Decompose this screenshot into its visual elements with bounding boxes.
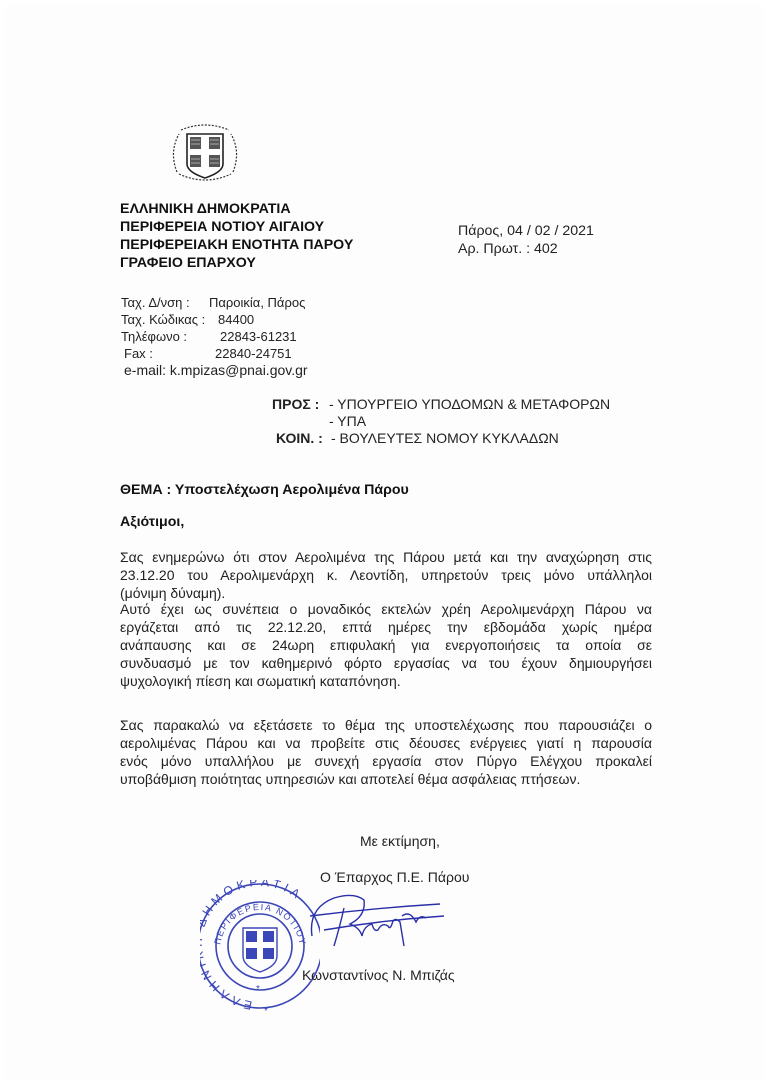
- body-paragraph: Σας ενημερώνω ότι στον Αερολιμένα της Πά…: [120, 548, 652, 602]
- greeting: Αξιότιμοι,: [120, 514, 184, 530]
- document-page: ΕΛΛΗΝΙΚΗ ΔΗΜΟΚΡΑΤΙΑ ΠΕΡΙΦΕΡΕΙΑ ΝΟΤΙΟΥ ΑΙ…: [4, 4, 764, 1080]
- org-line: ΠΕΡΙΦΕΡΕΙΑ ΝΟΤΙΟΥ ΑΙΓΑΙΟΥ: [120, 218, 353, 236]
- svg-text:*: *: [256, 984, 260, 995]
- phone-label: Τηλέφωνο :: [121, 328, 187, 345]
- body-paragraph: Σας παρακαλώ να εξετάσετε το θέμα της υπ…: [120, 716, 652, 788]
- to-label: ΠΡΟΣ :: [272, 396, 319, 413]
- text-line: ανάπαυσης και σε 24ωρη επιφυλακή για ενε…: [120, 636, 652, 654]
- text-line: αερολιμένας Πάρου και να προβείτε στις δ…: [120, 734, 652, 752]
- protocol-number: Αρ. Πρωτ. : 402: [458, 240, 594, 258]
- signer-name: Κωνσταντίνος Ν. Μπιζάς: [302, 967, 455, 983]
- closing-regards: Με εκτίμηση,: [360, 833, 440, 849]
- address-value: Παροικία, Πάρος: [209, 294, 305, 311]
- place-date: Πάρος, 04 / 02 / 2021: [458, 222, 594, 240]
- cc-recipient: - ΒΟΥΛΕΥΤΕΣ ΝΟΜΟΥ ΚΥΚΛΑΔΩΝ: [331, 430, 559, 447]
- official-seal-stamp-icon: * * ΕΛΛΗΝΙΚΗ ΔΗΜΟΚΡΑΤΙΑ ΠΕΡΙΦΕΡΕΙΑ ΝΟΤΙΟ…: [200, 880, 320, 1020]
- text-line: ψυχολογική πίεση και σωματική καταπόνηση…: [120, 672, 652, 690]
- recipient: - ΥΠΑ: [329, 413, 366, 430]
- postal-value: 84400: [218, 311, 254, 328]
- org-line: ΠΕΡΙΦΕΡΕΙΑΚΗ ΕΝΟΤΗΤΑ ΠΑΡΟΥ: [120, 236, 353, 254]
- postal-label: Ταχ. Κώδικας :: [121, 311, 205, 328]
- text-line: συνδυασμό με τον καθημερινό φόρτο εργασί…: [120, 654, 652, 672]
- text-line: Αυτό έχει ως συνέπεια ο μοναδικός εκτελώ…: [120, 600, 652, 618]
- fax-label: Fax :: [124, 345, 153, 362]
- body-paragraph: Αυτό έχει ως συνέπεια ο μοναδικός εκτελώ…: [120, 600, 652, 690]
- phone-value: 22843-61231: [220, 328, 297, 345]
- text-line: ενός μόνο υπαλλήλου με συνεχή εργασία στ…: [120, 752, 652, 770]
- svg-text:*: *: [264, 1006, 268, 1017]
- recipient: - ΥΠΟΥΡΓΕΙΟ ΥΠΟΔΟΜΩΝ & ΜΕΤΑΦΟΡΩΝ: [329, 396, 610, 413]
- email-link[interactable]: e-mail: k.mpizas@pnai.gov.gr: [124, 362, 308, 379]
- org-line: ΓΡΑΦΕΙΟ ΕΠΑΡΧΟΥ: [120, 254, 353, 272]
- cc-label: ΚΟΙΝ. :: [276, 430, 323, 447]
- address-label: Ταχ. Δ/νση :: [121, 294, 190, 311]
- org-line: ΕΛΛΗΝΙΚΗ ΔΗΜΟΚΡΑΤΙΑ: [120, 200, 353, 218]
- text-line: Σας ενημερώνω ότι στον Αερολιμένα της Πά…: [120, 548, 652, 566]
- organization-header: ΕΛΛΗΝΙΚΗ ΔΗΜΟΚΡΑΤΙΑ ΠΕΡΙΦΕΡΕΙΑ ΝΟΤΙΟΥ ΑΙ…: [120, 200, 353, 272]
- greek-coat-of-arms-icon: [167, 122, 243, 186]
- text-line: Σας παρακαλώ να εξετάσετε το θέμα της υπ…: [120, 716, 652, 734]
- text-line: 23.12.20 του Αερολιμενάρχη κ. Λεοντίδη, …: [120, 566, 652, 584]
- text-line: εργάζεται από τις 22.12.20, επτά ημέρες …: [120, 618, 652, 636]
- handwritten-signature: [304, 886, 454, 954]
- fax-value: 22840-24751: [215, 345, 292, 362]
- text-line: υποβάθμιση ποιότητας υπηρεσιών και αποτε…: [120, 770, 652, 788]
- signer-title: Ο Έπαρχος Π.Ε. Πάρου: [320, 869, 469, 885]
- subject-line: ΘΕΜΑ : Υποστελέχωση Αερολιμένα Πάρου: [120, 482, 409, 498]
- date-protocol-block: Πάρος, 04 / 02 / 2021 Αρ. Πρωτ. : 402: [458, 222, 594, 258]
